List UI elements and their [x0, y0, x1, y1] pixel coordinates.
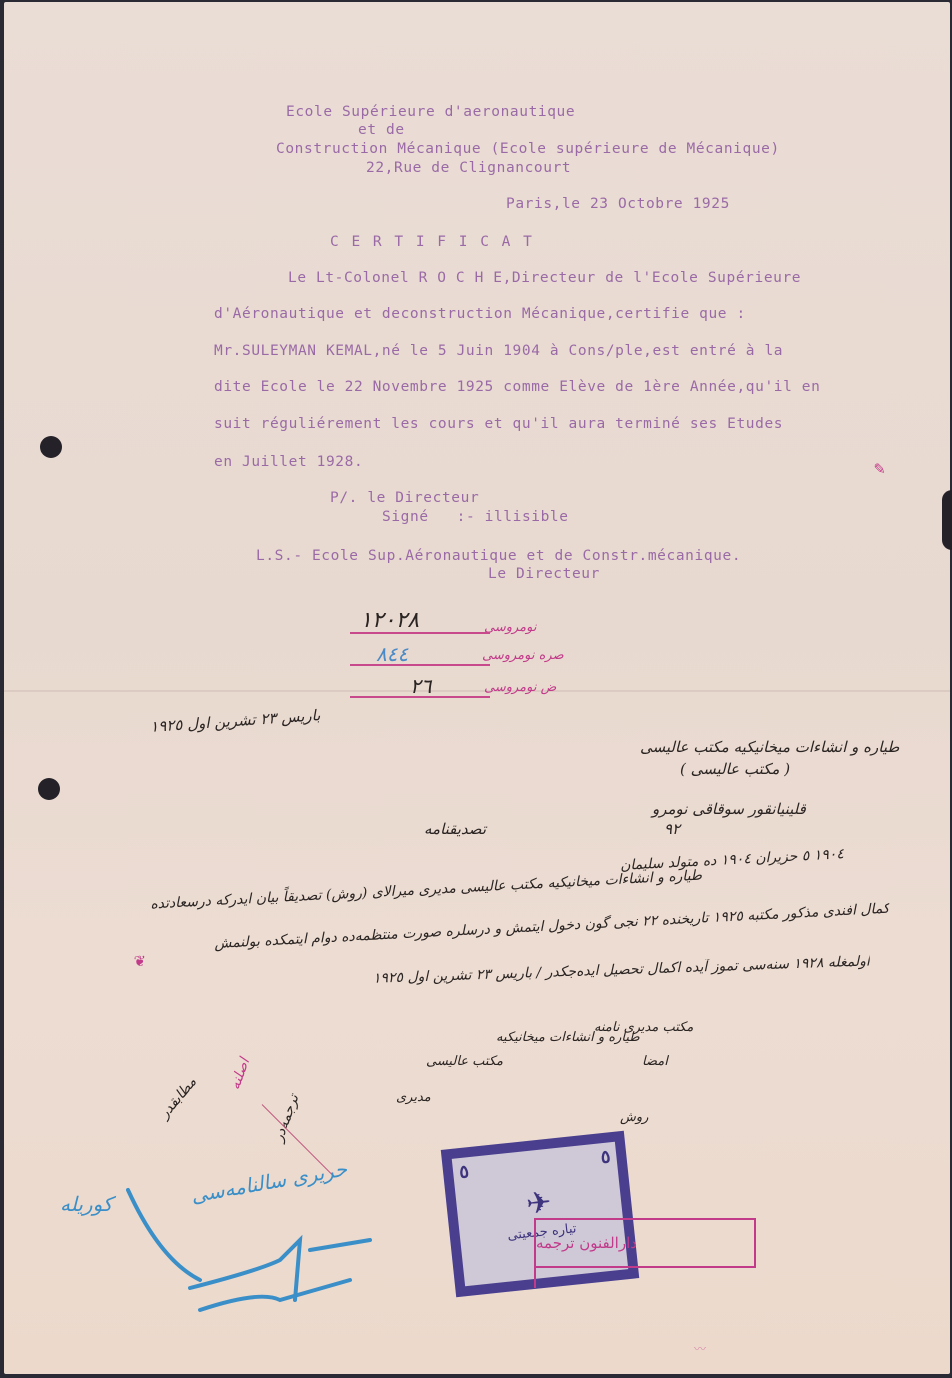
signature-line2: Signé :- illisible	[382, 509, 569, 525]
ottoman-sign-right: مکتب مدیری نامنه	[594, 1020, 693, 1035]
body-line: Mr.SULEYMAN KEMAL,né le 5 Juin 1904 à Co…	[214, 343, 783, 359]
body-line: dite Ecole le 22 Novembre 1925 comme Elè…	[214, 379, 820, 395]
ottoman-address: ٩٢	[664, 820, 680, 838]
cachet-stamp: دارالفنون ترجمه	[534, 1218, 756, 1268]
letterhead-address: 22,Rue de Clignancourt	[366, 160, 571, 176]
stamp-value: ٥	[458, 1161, 470, 1183]
seal-line: L.S.- Ecole Sup.Aéronautique et de Const…	[256, 548, 741, 564]
seal-title: Le Directeur	[488, 566, 600, 582]
registry-label: ض نومروسی	[484, 680, 556, 695]
blue-signature-flourish	[120, 1180, 380, 1320]
body-line: suit réguliérement les cours et qu'il au…	[214, 416, 783, 432]
registry-underline	[350, 696, 490, 698]
paper-fold	[4, 690, 950, 692]
cachet-line	[534, 1218, 536, 1288]
registry-underline	[350, 632, 490, 634]
letterhead-line1: Ecole Supérieure d'aeronautique	[286, 104, 575, 120]
ottoman-sign-block: مکتب عالیسی	[426, 1054, 503, 1069]
body-line: en Juillet 1928.	[214, 454, 363, 470]
ink-mark: ❦	[134, 950, 145, 971]
body-line: d'Aéronautique et deconstruction Mécaniq…	[214, 306, 746, 322]
ottoman-address: طیاره و انشاءات میخانیکیه مکتب عالیسی	[640, 738, 899, 756]
blue-pencil-note: کوریله	[60, 1192, 112, 1216]
stamp-value: ٥	[600, 1146, 612, 1168]
body-line: Le Lt-Colonel R O C H E,Directeur de l'E…	[288, 270, 801, 286]
registry-number: ١٢٠٢٨	[360, 608, 460, 633]
airplane-icon: ✈	[525, 1187, 553, 1219]
ottoman-sign-right: روش	[620, 1110, 648, 1125]
ink-mark: 〰	[694, 1340, 706, 1357]
registry-number: ٨٤٤	[376, 642, 408, 666]
certificate-title: C E R T I F I C A T	[330, 234, 534, 250]
ottoman-heading: تصدیقنامه	[424, 820, 486, 838]
edge-tear	[942, 490, 952, 550]
revenue-stamp: ٥ ٥ ✈ تیاره جمعیتی	[441, 1131, 639, 1297]
punch-hole	[40, 436, 62, 458]
punch-hole	[38, 778, 60, 800]
registry-number: ٢٦	[410, 674, 431, 698]
registry-label: نومروسی	[484, 620, 536, 635]
letterhead-line3: Construction Mécanique (Ecole supérieure…	[276, 141, 780, 157]
letterhead-line2: et de	[358, 122, 405, 138]
ottoman-sign-block: مدیری	[396, 1090, 431, 1105]
ottoman-address: قلینیانقور سوقاقی نومرو	[652, 800, 806, 818]
registry-underline	[350, 664, 490, 666]
ottoman-address: ( مکتب عالیسی )	[680, 760, 790, 778]
signature-line1: P/. le Directeur	[330, 490, 479, 506]
ink-mark: ✎	[874, 458, 885, 479]
registry-label: صره نومروسی	[482, 648, 564, 663]
ottoman-sign-right: امضا	[642, 1054, 668, 1069]
date-line: Paris,le 23 Octobre 1925	[506, 196, 730, 212]
